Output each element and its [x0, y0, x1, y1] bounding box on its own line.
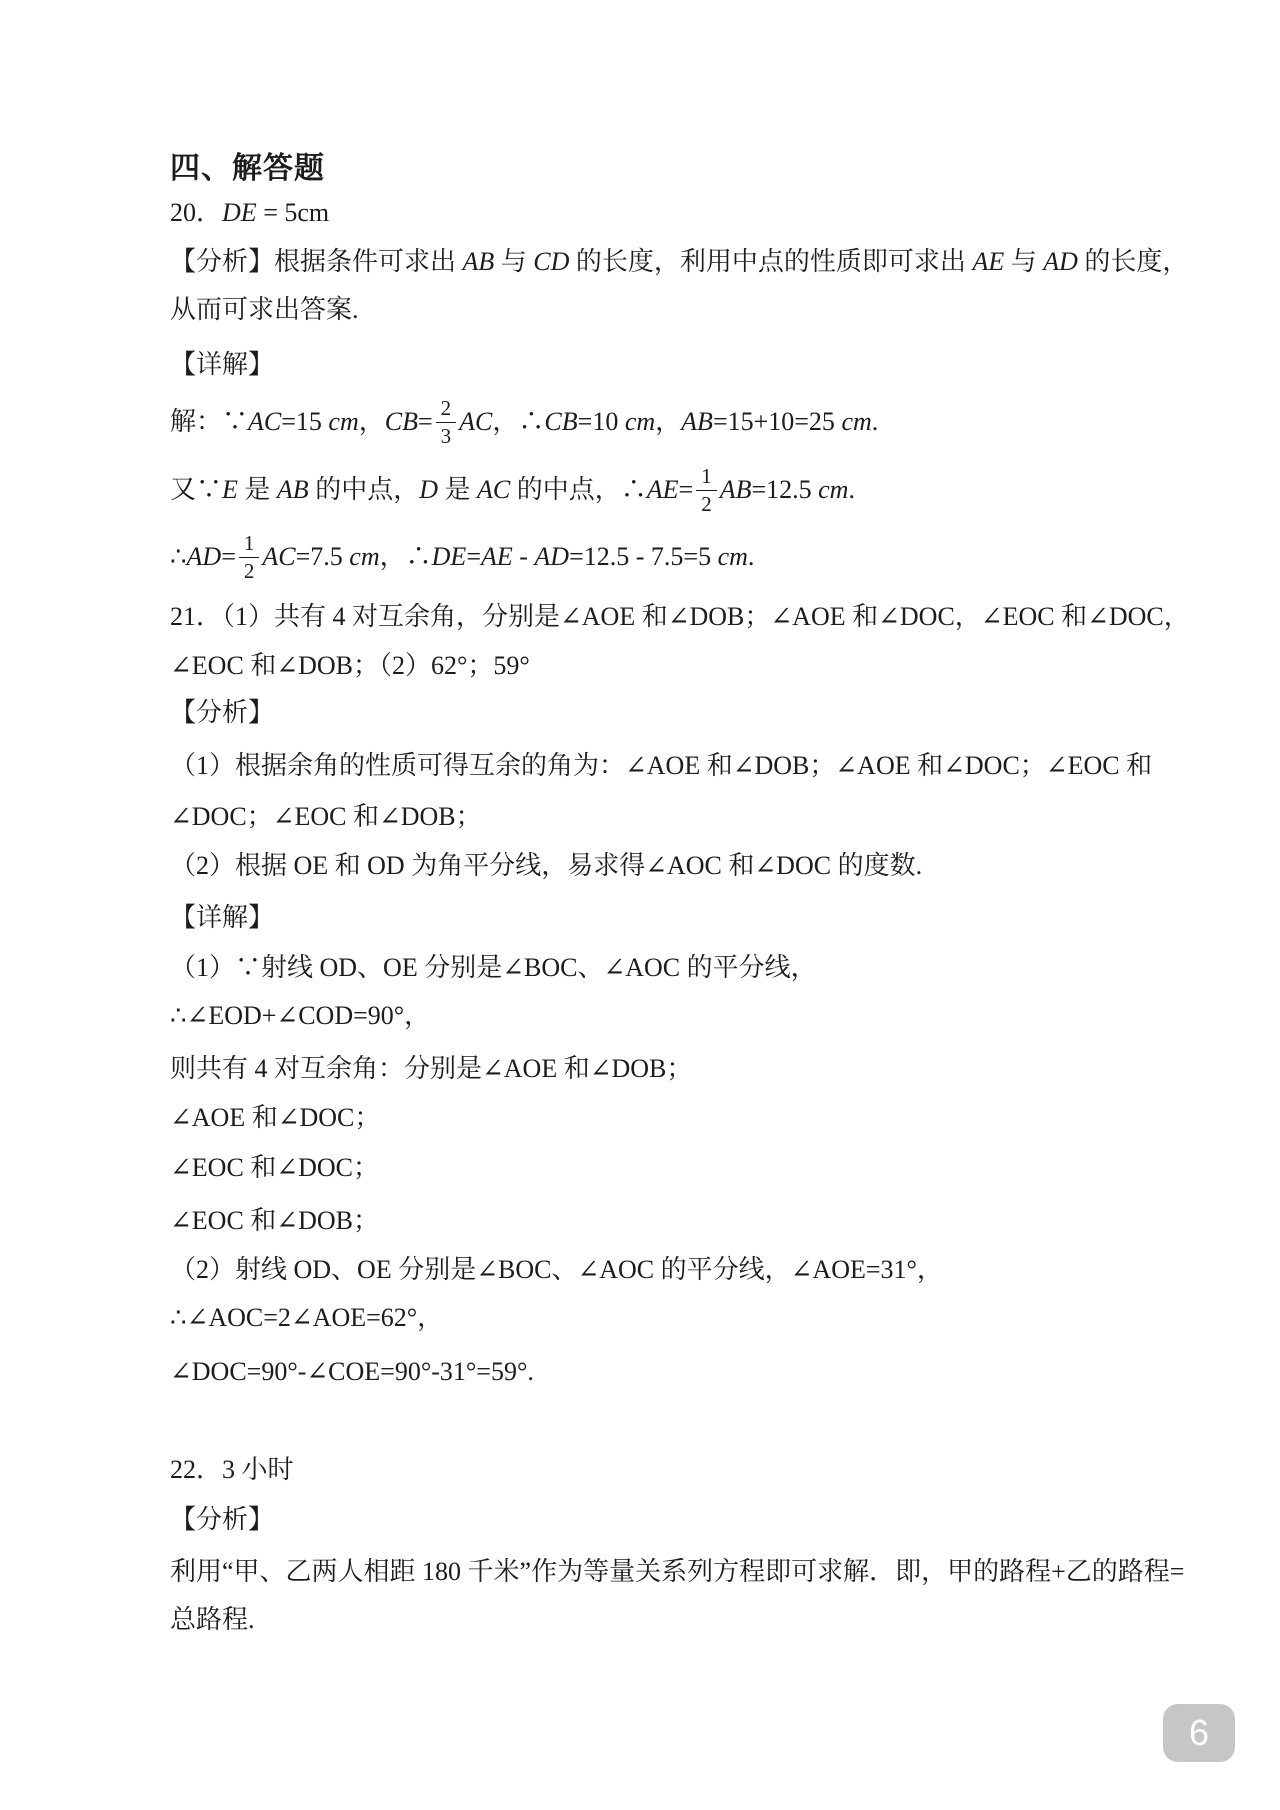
- text-segment: cm: [625, 407, 655, 436]
- text-segment: AB: [720, 475, 752, 504]
- text-segment: 解：∵: [170, 407, 248, 436]
- text-segment: 的中点，∴: [510, 475, 647, 504]
- text-segment: CD: [533, 247, 569, 276]
- page-number-badge: 6: [1163, 1704, 1235, 1762]
- text-segment: D: [419, 475, 438, 504]
- text-segment: （1）∵射线 OD、OE 分别是∠BOC、∠AOC 的平分线，: [170, 953, 817, 982]
- solution-line: ∠DOC=90°-∠COE=90°-31°=59°.: [170, 1338, 1130, 1406]
- text-segment: =12.5: [751, 475, 818, 504]
- text-segment: =10: [578, 407, 625, 436]
- text-segment: =7.5: [296, 542, 350, 571]
- text-segment: =15: [281, 407, 328, 436]
- text-segment: AD: [534, 542, 569, 571]
- text-segment: ∴∠EOD+∠COD=90°，: [170, 1001, 430, 1030]
- text-segment: =: [221, 542, 236, 571]
- text-segment: 的长度，: [1078, 247, 1189, 276]
- page-number: 6: [1189, 1712, 1209, 1754]
- text-segment: cm: [328, 407, 358, 436]
- text-segment: AD: [1043, 247, 1078, 276]
- text-segment: 利用“甲、乙两人相距 180 千米”作为等量关系列方程即可求解．即，甲的路程+乙…: [170, 1557, 1184, 1586]
- text-segment: .: [848, 475, 855, 504]
- text-segment: cm: [349, 542, 379, 571]
- text-segment: AC: [477, 475, 510, 504]
- text-segment: 从而可求出答案.: [170, 295, 359, 324]
- text-segment: =: [466, 542, 481, 571]
- text-segment: CB: [544, 407, 577, 436]
- text-segment: ∴∠AOC=2∠AOE=62°，: [170, 1303, 443, 1332]
- text-segment: cm: [718, 542, 748, 571]
- fraction: 23: [436, 396, 457, 447]
- math-line: 解：∵AC=15 cm，CB=23AC，∴CB=10 cm，AB=15+10=2…: [170, 388, 1130, 456]
- text-segment: 【详解】: [170, 350, 274, 379]
- text-segment: （1）根据余角的性质可得互余的角为：∠AOE 和∠DOB；∠AOE 和∠DOC；…: [170, 751, 1152, 780]
- text-segment: 与: [494, 247, 533, 276]
- text-segment: （2）射线 OD、OE 分别是∠BOC、∠AOC 的平分线，∠AOE=31°，: [170, 1255, 943, 1284]
- text-segment: AE: [481, 542, 513, 571]
- fraction: 12: [696, 464, 717, 515]
- text-segment: =: [679, 475, 694, 504]
- text-segment: 22．3 小时: [170, 1455, 294, 1484]
- text-segment: AD: [187, 542, 222, 571]
- text-segment: 21．（1）共有 4 对互余角，分别是∠AOE 和∠DOB；∠AOE 和∠DOC…: [170, 602, 1190, 631]
- text-segment: DE: [432, 542, 467, 571]
- text-segment: AC: [262, 542, 295, 571]
- text-segment: AC: [248, 407, 281, 436]
- text-segment: ∠DOC=90°-∠COE=90°-31°=59°.: [170, 1357, 534, 1386]
- text-segment: 20．: [170, 198, 222, 227]
- text-segment: 【分析】: [170, 698, 274, 727]
- text-segment: cm: [841, 407, 871, 436]
- text-segment: 是: [438, 475, 477, 504]
- text-segment: AB: [277, 475, 309, 504]
- analysis-line: 总路程.: [170, 1586, 1130, 1654]
- text-segment: 【详解】: [170, 903, 274, 932]
- text-segment: ∠EOC 和∠DOB；: [170, 1206, 379, 1235]
- text-segment: ∠DOC；∠EOC 和∠DOB；: [170, 802, 482, 831]
- text-segment: .: [748, 542, 755, 571]
- text-segment: AC: [459, 407, 492, 436]
- text-segment: AE: [647, 475, 679, 504]
- text-segment: 【分析】: [170, 1505, 274, 1534]
- text-segment: ∴: [170, 542, 187, 571]
- fraction: 12: [239, 531, 260, 582]
- text-segment: AB: [681, 407, 713, 436]
- document-page: 四、解答题20．DE = 5cm【分析】根据条件可求出 AB 与 CD 的长度，…: [0, 0, 1280, 1810]
- document-body: 四、解答题20．DE = 5cm【分析】根据条件可求出 AB 与 CD 的长度，…: [0, 0, 1280, 1810]
- text-segment: .: [872, 407, 879, 436]
- text-segment: =15+10=25: [713, 407, 842, 436]
- text-segment: =: [418, 407, 433, 436]
- text-segment: cm: [818, 475, 848, 504]
- text-segment: 则共有 4 对互余角：分别是∠AOE 和∠DOB；: [170, 1054, 692, 1083]
- text-segment: E: [222, 475, 238, 504]
- math-line: ∴AD=12AC=7.5 cm，∴DE=AE - AD=12.5 - 7.5=5…: [170, 523, 1130, 591]
- text-segment: （2）根据 OE 和 OD 为角平分线，易求得∠AOC 和∠DOC 的度数.: [170, 851, 922, 880]
- text-segment: 的中点，: [309, 475, 420, 504]
- text-segment: ，: [655, 407, 681, 436]
- text-segment: DE: [222, 198, 257, 227]
- text-segment: ∠AOE 和∠DOC；: [170, 1103, 380, 1132]
- text-segment: =12.5 - 7.5=5: [569, 542, 717, 571]
- text-segment: = 5cm: [257, 198, 329, 227]
- text-segment: -: [513, 542, 535, 571]
- text-segment: ∠EOC 和∠DOC；: [170, 1153, 379, 1182]
- text-segment: ，: [359, 407, 385, 436]
- text-segment: ，∴: [380, 542, 432, 571]
- text-segment: AE: [972, 247, 1004, 276]
- text-segment: 与: [1004, 247, 1043, 276]
- math-line: 又∵E 是 AB 的中点，D 是 AC 的中点，∴AE=12AB=12.5 cm…: [170, 456, 1130, 524]
- text-segment: CB: [385, 407, 418, 436]
- text-segment: 是: [238, 475, 277, 504]
- text-segment: ，∴: [492, 407, 544, 436]
- text-segment: 又∵: [170, 475, 222, 504]
- text-segment: 【分析】根据条件可求出: [170, 247, 463, 276]
- text-segment: ∠EOC 和∠DOB；（2）62°；59°: [170, 651, 530, 680]
- text-segment: 的长度，利用中点的性质即可求出: [569, 247, 972, 276]
- text-segment: 总路程.: [170, 1605, 255, 1634]
- text-segment: AB: [463, 247, 495, 276]
